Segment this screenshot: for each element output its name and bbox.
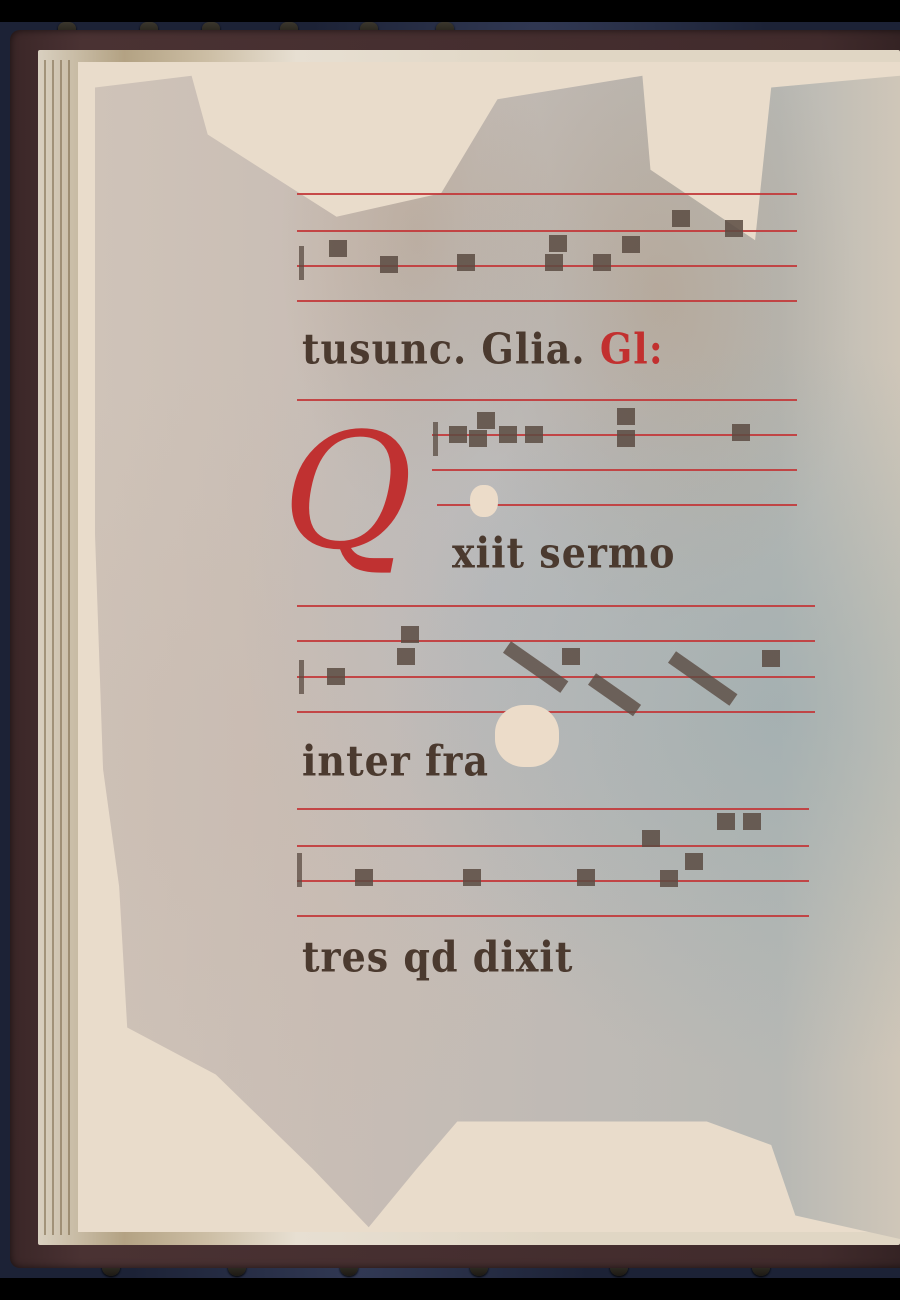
staff-line [297,808,809,810]
illuminated-initial: Q [282,432,442,582]
staff-line [297,605,815,607]
staff-line [297,915,809,917]
lyric-line-2: xiit sermo [452,528,675,578]
square-note [329,240,347,257]
square-note [717,813,735,830]
lyric-line-1: tusunc. Glia. Gl: [302,324,664,374]
c-clef [299,660,304,694]
staff-line [297,640,815,642]
lyric-text: tres qd dixit [302,932,573,982]
lyric-line-4: tres qd dixit [302,932,573,982]
square-note [397,648,415,665]
oblique-ligature [503,641,568,693]
oblique-ligature [588,673,641,716]
staff-line [297,711,815,713]
staff-line [432,469,797,471]
square-note [685,853,703,870]
square-note [469,430,487,447]
initial-letter: Q [282,412,413,572]
square-note [327,668,345,685]
square-note [457,254,475,271]
vellum-hole [495,705,559,767]
square-note [642,830,660,847]
square-note [743,813,761,830]
square-note [762,650,780,667]
music-staff-3 [297,602,815,717]
music-staff-1 [297,190,797,305]
square-note [672,210,690,227]
oblique-ligature [668,651,737,705]
c-clef [299,246,304,280]
square-note [617,408,635,425]
square-note [545,254,563,271]
square-note [449,426,467,443]
rubric-text: Gl: [600,324,664,374]
page-edge [52,60,54,1235]
music-staff-4 [297,805,809,920]
square-note [622,236,640,253]
lyric-line-3: inter fra [302,736,489,786]
lyric-text: tusunc. Glia. [302,324,586,374]
square-note [380,256,398,273]
square-note [477,412,495,429]
square-note [725,220,743,237]
page-edge [68,60,70,1235]
staff-line [297,880,809,882]
square-note [577,869,595,886]
square-note [549,235,567,252]
square-note [562,648,580,665]
square-note [499,426,517,443]
square-note [525,426,543,443]
square-note [617,430,635,447]
square-note [593,254,611,271]
square-note [355,869,373,886]
lyric-text: xiit sermo [452,528,675,578]
lyric-text: inter fra [302,736,489,786]
staff-line [297,193,797,195]
c-clef [297,853,302,887]
square-note [463,869,481,886]
vellum-hole [470,485,498,517]
staff-line [297,230,797,232]
square-note [660,870,678,887]
page-edge [60,60,62,1235]
page-edge [44,60,46,1235]
staff-line [297,845,809,847]
square-note [732,424,750,441]
staff-line [297,300,797,302]
square-note [401,626,419,643]
